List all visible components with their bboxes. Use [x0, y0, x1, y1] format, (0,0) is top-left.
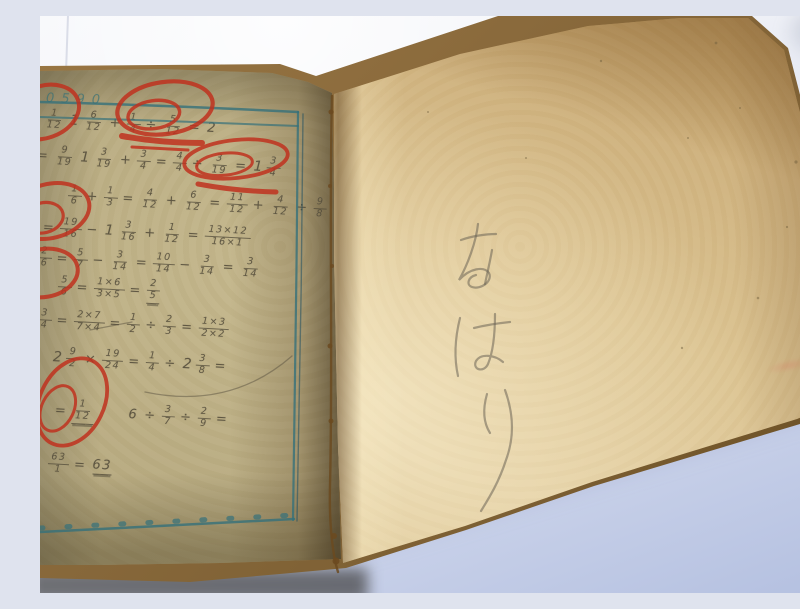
equation-row: =1126÷37÷29= [51, 398, 232, 432]
pencil-equations: 1121612+14÷512=2=9191319+34=44÷319=13416… [40, 16, 800, 593]
equation-row: 34=2×77×4=12÷23=1×32×2 [40, 308, 232, 341]
equation-row: 292×1924=14÷238= [49, 346, 230, 378]
equation-row: 631=63 [45, 452, 115, 478]
notebook-photo: 0590 1121612+14÷512=2=9191319+34=44÷319=… [40, 16, 800, 593]
equation-row: =1916−1316+112=13×1216×1 [40, 216, 253, 250]
equation-row: 16+13=412+612=1112+412÷98 [65, 184, 329, 221]
equation-row: =9191319+34=44÷319=134 [40, 144, 283, 180]
equation-row: 1121612+14÷512=2 [41, 108, 220, 140]
equation-row: 56=1×63×5=25 [55, 274, 163, 304]
